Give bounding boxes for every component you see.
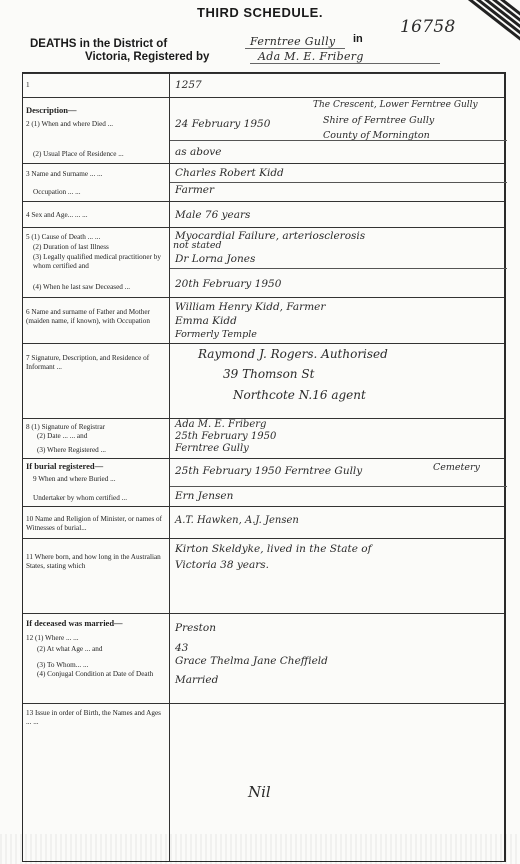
row-label: 13 Issue in order of Birth, the Names an… — [26, 709, 168, 727]
row-minister-witnesses: 10 Name and Religion of Minister, or nam… — [23, 506, 504, 538]
row-value: Grace Thelma Jane Cheffield — [175, 655, 505, 667]
registrar-label: Victoria, Registered by — [85, 51, 209, 63]
row-value: Ern Jensen — [175, 490, 505, 502]
row-value: A.T. Hawken, A.J. Jensen — [175, 515, 505, 527]
row-value: Married — [175, 674, 505, 686]
row-value: 25th February 1950 — [175, 431, 505, 443]
row-value: 1257 — [175, 79, 505, 91]
row-value-line: 39 Thomson St — [223, 368, 520, 380]
row-label: 12 (1) Where ... ... — [26, 634, 168, 643]
row-sex-age: 4 Sex and Age... ... ... Male 76 years — [23, 201, 504, 227]
row-label: 10 Name and Religion of Minister, or nam… — [26, 515, 168, 533]
in-label: in — [353, 33, 363, 45]
underline — [250, 63, 440, 64]
sub-divider — [170, 182, 507, 183]
row-value: Male 76 years — [175, 209, 505, 221]
row-label: (4) Conjugal Condition at Date of Death — [37, 670, 179, 679]
underline — [245, 48, 345, 49]
row-label: (2) At what Age ... and — [37, 645, 179, 654]
row-value: Preston — [175, 622, 505, 634]
row-value: Nil — [248, 786, 520, 798]
row-label: (2) Duration of last Illness — [33, 243, 175, 252]
sub-divider — [170, 140, 507, 141]
row-value-line: Northcote N.16 agent — [233, 389, 520, 401]
row-label: 3 Name and Surname ... ... — [26, 170, 168, 179]
row-label: 1 — [26, 81, 168, 90]
row-label: 2 (1) When and where Died ... — [26, 120, 168, 129]
register-form: 1 1257 Description— 2 (1) When and where… — [22, 72, 506, 862]
row-label: (4) When he last saw Deceased ... — [33, 283, 175, 292]
row-parents: 6 Name and surname of Father and Mother … — [23, 297, 504, 343]
district-value: Ferntree Gully — [250, 35, 335, 48]
row-value-line: Kirton Skeldyke, lived in the State of — [175, 543, 505, 555]
row-value-line: Raymond J. Rogers. Authorised — [198, 348, 520, 360]
row-cause-of-death: 5 (1) Cause of Death ... ... Myocardial … — [23, 227, 504, 297]
row-value: Ada M. E. Friberg — [175, 419, 505, 431]
row-label: 4 Sex and Age... ... ... — [26, 211, 168, 220]
row-entry-number: 1 1257 — [23, 73, 504, 97]
row-informant: 7 Signature, Description, and Residence … — [23, 343, 504, 418]
row-label: 8 (1) Signature of Registrar — [26, 423, 168, 432]
row-value-line: Formerly Temple — [175, 329, 505, 341]
row-label: 9 When and where Buried ... — [33, 475, 175, 484]
row-value: not stated — [173, 240, 503, 252]
row-label: (3) Legally qualified medical practition… — [33, 253, 168, 271]
section-heading: If deceased was married— — [26, 618, 123, 628]
row-value: 43 — [175, 642, 505, 654]
row-value: Ferntree Gully — [175, 443, 505, 455]
row-value-line: Victoria 38 years. — [175, 559, 505, 571]
row-label: 7 Signature, Description, and Residence … — [26, 354, 168, 372]
row-death-details: Description— 2 (1) When and where Died .… — [23, 97, 504, 163]
row-name: 3 Name and Surname ... ... Charles Rober… — [23, 163, 504, 201]
section-heading: Description— — [26, 105, 77, 115]
row-label: (3) Where Registered ... — [37, 446, 179, 455]
district-label: DEATHS in the District of — [30, 38, 167, 50]
row-value: Dr Lorna Jones — [175, 253, 505, 265]
row-value-line: The Crescent, Lower Ferntree Gully — [313, 99, 520, 111]
row-value-line: Shire of Ferntree Gully — [323, 115, 503, 127]
row-value-line: Cemetery — [433, 462, 513, 474]
row-value: Charles Robert Kidd — [175, 167, 505, 179]
header: THIRD SCHEDULE. 16758 DEATHS in the Dist… — [0, 0, 520, 70]
row-label: Occupation ... ... — [33, 188, 175, 197]
section-heading: If burial registered— — [26, 461, 103, 471]
registration-number: 16758 — [400, 17, 456, 37]
row-burial: If burial registered— 9 When and where B… — [23, 458, 504, 506]
sub-divider — [170, 268, 507, 269]
row-birthplace: 11 Where born, and how long in the Austr… — [23, 538, 504, 586]
row-label: 5 (1) Cause of Death ... ... — [26, 233, 168, 242]
registrar-value: Ada M. E. Friberg — [258, 50, 364, 63]
row-label: Undertaker by whom certified ... — [33, 494, 175, 503]
row-value: Farmer — [175, 184, 505, 196]
row-marriage: If deceased was married— 12 (1) Where ..… — [23, 613, 504, 703]
sub-divider — [170, 486, 507, 487]
row-value-line: Emma Kidd — [175, 315, 505, 327]
row-label: (2) Usual Place of Residence ... — [33, 150, 175, 159]
row-label: (2) Date ... ... and — [37, 432, 179, 441]
row-label: 6 Name and surname of Father and Mother … — [26, 308, 168, 326]
row-registration: 8 (1) Signature of Registrar Ada M. E. F… — [23, 418, 504, 458]
death-certificate-page: THIRD SCHEDULE. 16758 DEATHS in the Dist… — [0, 0, 520, 864]
row-label: 11 Where born, and how long in the Austr… — [26, 553, 168, 571]
page-edge-noise — [0, 834, 520, 864]
row-label: (3) To Whom... ... — [37, 661, 179, 670]
row-value: 20th February 1950 — [175, 278, 505, 290]
row-value-line: William Henry Kidd, Farmer — [175, 301, 505, 313]
row-value: as above — [175, 146, 505, 158]
